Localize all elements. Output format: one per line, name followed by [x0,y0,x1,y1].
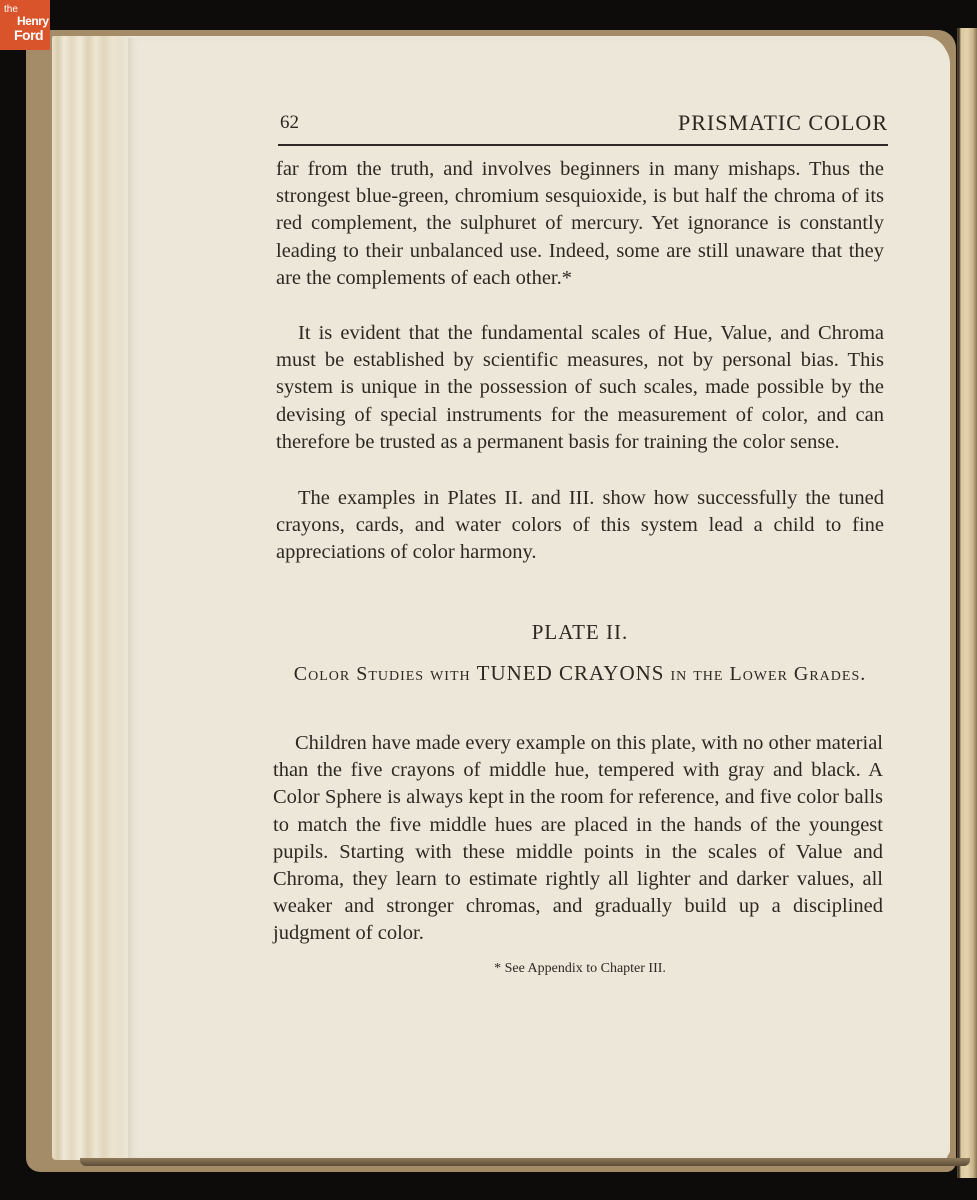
paragraph-children: Children have made every example on this… [273,730,883,948]
paragraph: It is evident that the fundamental scale… [276,320,884,456]
page-number: 62 [280,112,299,134]
paragraph: Children have made every example on this… [273,730,883,948]
paragraph: The examples in Plates II. and III. show… [276,485,884,567]
plate-subtitle: Color Studies with TUNED CRAYONS in the … [280,660,880,688]
running-header: 62 PRISMATIC COLOR [280,110,888,138]
running-title: PRISMATIC COLOR [678,110,888,136]
henry-ford-logo: the Henry Ford [0,0,50,50]
logo-the: the [4,5,18,15]
right-page-edge [957,28,977,1178]
paragraph: far from the truth, and involves beginne… [276,156,884,292]
footnote: * See Appendix to Chapter III. [276,961,884,977]
paragraph-continuation: far from the truth, and involves beginne… [276,156,884,292]
logo-henry: Henry [17,15,49,27]
paragraph-fundamental-scales: It is evident that the fundamental scale… [276,320,884,456]
paragraph-examples: The examples in Plates II. and III. show… [276,485,884,567]
bottom-cover-edge [80,1158,970,1166]
header-rule [278,144,888,146]
plate-title: PLATE II. [276,620,884,645]
subtitle-part-1: Color Studies with [294,663,471,685]
subtitle-part-2: TUNED CRAYONS [477,661,665,685]
subtitle-part-3: in the Lower Grades. [670,663,866,685]
logo-ford: Ford [14,28,43,42]
